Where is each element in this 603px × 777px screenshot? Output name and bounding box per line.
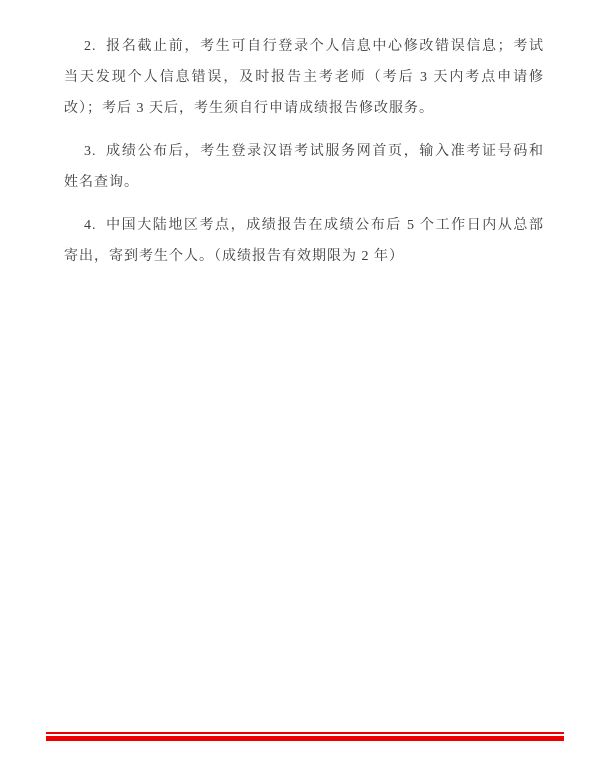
list-item-number: 2. [84,39,97,54]
list-item-number: 4. [84,218,97,233]
document-body: 2.报名截止前，考生可自行登录个人信息中心修改错误信息；考试当天发现个人信息错误… [64,31,544,284]
line-text: 改）；考后 3 天后，考生须自行申请成绩报告修改服务。 [64,101,434,116]
line-text: 成绩公布后，考生登录汉语考试服务网首页，输入准考证号码和 [106,144,545,159]
footer-rule-thin-line [46,732,564,734]
line-text: 寄出，寄到考生个人。（成绩报告有效期限为 2 年） [64,249,404,264]
text-line: 4.中国大陆地区考点，成绩报告在成绩公布后 5 个工作日内从总部 [64,210,544,241]
footer-rule-thick-line [46,736,564,741]
text-line: 改）；考后 3 天后，考生须自行申请成绩报告修改服务。 [64,93,544,124]
line-text: 姓名查询。 [64,175,139,190]
list-item: 3.成绩公布后，考生登录汉语考试服务网首页，输入准考证号码和姓名查询。 [64,136,544,198]
list-item-number: 3. [84,144,97,159]
document-page: 2.报名截止前，考生可自行登录个人信息中心修改错误信息；考试当天发现个人信息错误… [0,0,603,777]
text-line: 姓名查询。 [64,167,544,198]
text-line: 寄出，寄到考生个人。（成绩报告有效期限为 2 年） [64,241,544,272]
line-text: 当天发现个人信息错误，及时报告主考老师（考后 3 天内考点申请修 [64,70,544,85]
text-line: 2.报名截止前，考生可自行登录个人信息中心修改错误信息；考试 [64,31,544,62]
line-text: 中国大陆地区考点，成绩报告在成绩公布后 5 个工作日内从总部 [106,218,545,233]
footer-double-rule [46,732,564,741]
text-line: 3.成绩公布后，考生登录汉语考试服务网首页，输入准考证号码和 [64,136,544,167]
list-item: 2.报名截止前，考生可自行登录个人信息中心修改错误信息；考试当天发现个人信息错误… [64,31,544,124]
list-item: 4.中国大陆地区考点，成绩报告在成绩公布后 5 个工作日内从总部寄出，寄到考生个… [64,210,544,272]
line-text: 报名截止前，考生可自行登录个人信息中心修改错误信息；考试 [106,39,545,54]
text-line: 当天发现个人信息错误，及时报告主考老师（考后 3 天内考点申请修 [64,62,544,93]
